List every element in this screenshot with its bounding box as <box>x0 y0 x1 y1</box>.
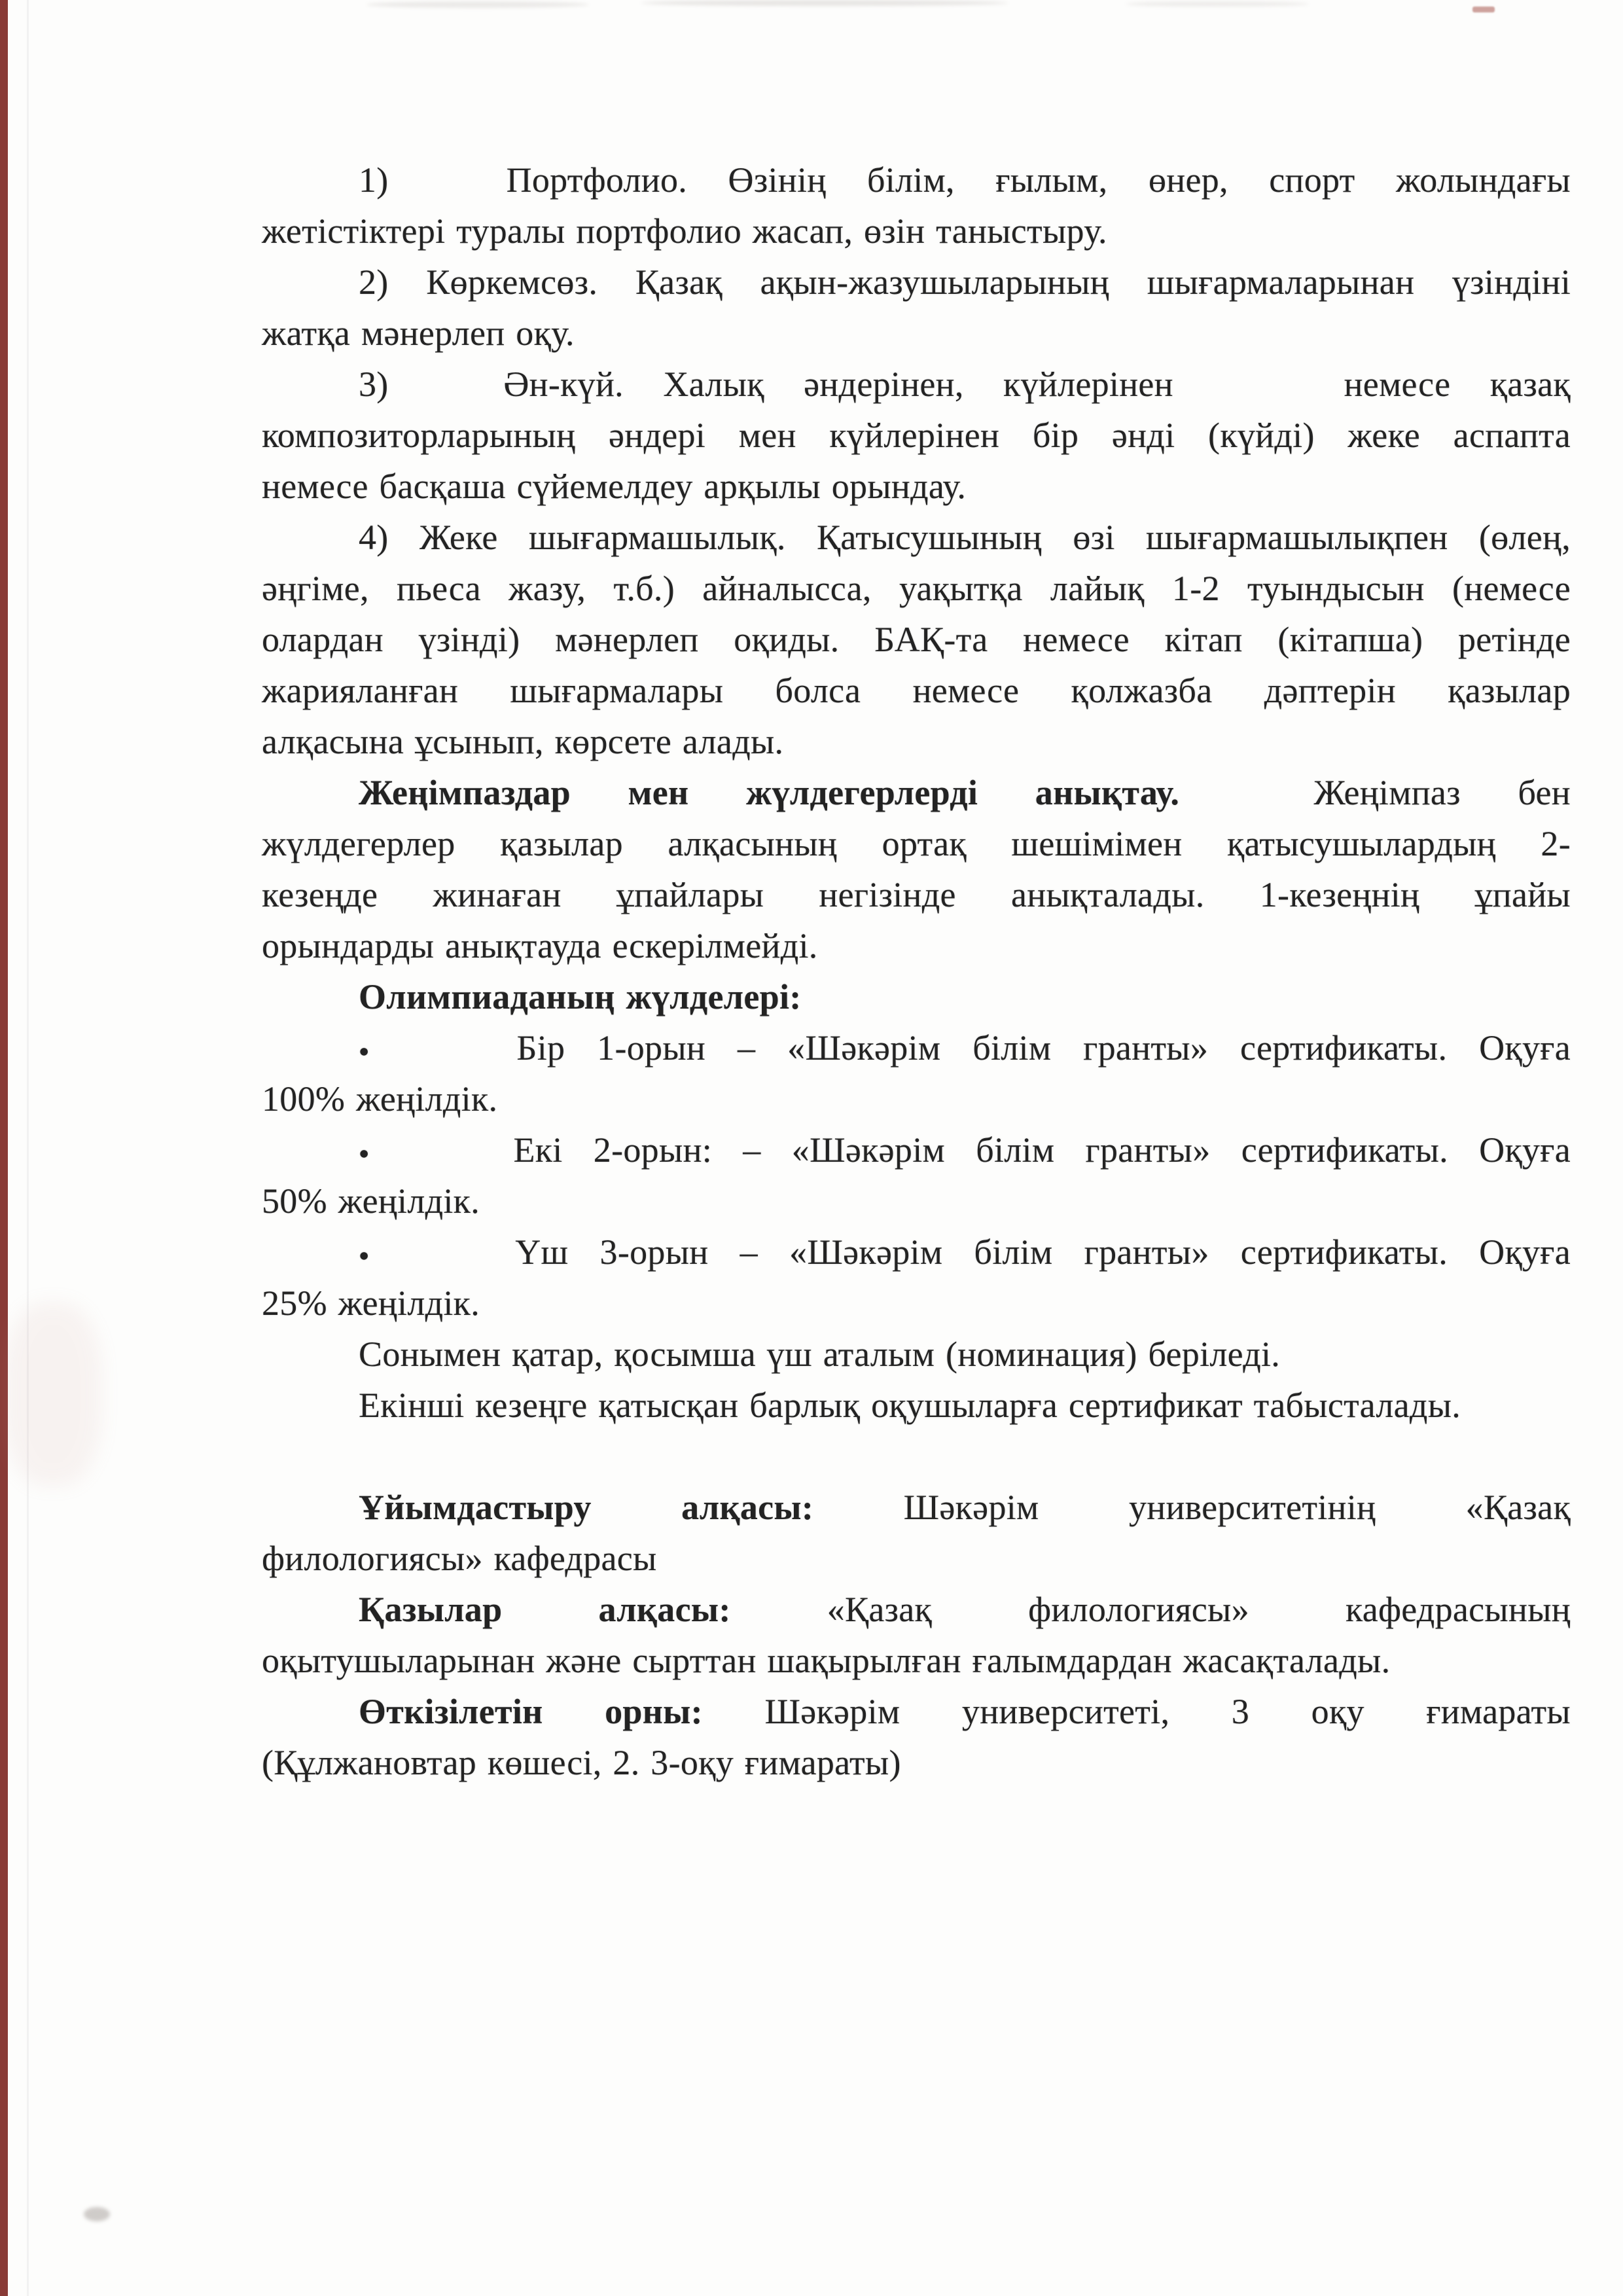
word-gap <box>429 191 465 192</box>
text-segment: 3) <box>359 365 389 404</box>
text-line: 50% жеңілдік. <box>262 1175 1571 1227</box>
text-segment: Ән-күй. Халық әндерінен, күйлерінен <box>503 365 1173 404</box>
scan-edge-stripe <box>0 0 8 2296</box>
word-gap <box>1237 804 1257 804</box>
text-line: 2) Көркемсөз. Қазақ ақын-жазушыларының ш… <box>262 257 1571 308</box>
text-line: композиторларының әндері мен күйлерінен … <box>262 410 1571 461</box>
text-line: ● Екі 2-орын: – «Шәкәрім білім гранты» с… <box>262 1124 1571 1175</box>
text-segment: Ұйымдастыру алқасы: <box>359 1488 813 1527</box>
text-line: ● Бір 1-орын – «Шәкәрім білім гранты» се… <box>262 1022 1571 1073</box>
text-segment: немесе басқаша сүйемелдеу арқылы орындау… <box>262 467 966 506</box>
scan-red-tick <box>1472 7 1495 12</box>
text-line: Олимпиаданың жүлделері: <box>262 971 1571 1022</box>
document-content: 1) Портфолио. Өзінің білім, ғылым, өнер,… <box>262 154 1571 1788</box>
text-line: жатқа мәнерлеп оқу. <box>262 308 1571 359</box>
word-gap <box>423 1059 485 1060</box>
text-segment: жүлдегерлер қазылар алқасының ортақ шеші… <box>262 824 1571 863</box>
text-segment: Сонымен қатар, қосымша үш аталым (номина… <box>359 1335 1280 1374</box>
scan-smudge <box>366 1 589 8</box>
text-segment: филологиясы» кафедрасы <box>262 1539 657 1578</box>
text-segment: композиторларының әндері мен күйлерінен … <box>262 416 1571 455</box>
text-line: филологиясы» кафедрасы <box>262 1533 1571 1584</box>
text-segment: олардан үзінді) мәнерлеп оқиды. БАҚ-та н… <box>262 620 1571 659</box>
scan-smudge <box>641 0 1008 6</box>
text-segment: (Құлжановтар көшесі, 2. 3-оқу ғимараты) <box>262 1743 901 1782</box>
text-segment: 50% жеңілдік. <box>262 1181 480 1221</box>
text-segment: Қазылар алқасы: <box>359 1590 731 1629</box>
scan-crease-line <box>27 0 29 2296</box>
text-line: (Құлжановтар көшесі, 2. 3-оқу ғимараты) <box>262 1737 1571 1788</box>
text-segment: Портфолио. Өзінің білім, ғылым, өнер, сп… <box>507 160 1571 200</box>
text-segment: Екінші кезеңге қатысқан барлық оқушыларғ… <box>359 1386 1461 1425</box>
text-line: ● Үш 3-орын – «Шәкәрім білім гранты» сер… <box>262 1227 1571 1278</box>
text-segment: Үш 3-орын – «Шәкәрім білім гранты» серти… <box>515 1232 1571 1272</box>
word-gap <box>428 395 464 396</box>
document-page: 1) Портфолио. Өзінің білім, ғылым, өнер,… <box>0 0 1623 2296</box>
text-segment: 100% жеңілдік. <box>262 1079 497 1119</box>
text-line: Ұйымдастыру алқасы: Шәкәрім университеті… <box>262 1482 1571 1533</box>
text-segment: «Қазақ филологиясы» кафедрасының <box>827 1590 1571 1629</box>
scan-pen-mark <box>84 2207 110 2221</box>
text-line: әңгіме, пьеса жазу, т.б.) айналысса, уақ… <box>262 563 1571 614</box>
text-line: Қазылар алқасы: «Қазақ филологиясы» кафе… <box>262 1584 1571 1635</box>
text-segment: жетістіктері туралы портфолио жасап, өзі… <box>262 211 1107 251</box>
text-segment: немесе қазақ <box>1344 365 1571 404</box>
text-line: 3) Ән-күй. Халық әндерінен, күйлерінен н… <box>262 359 1571 410</box>
text-line: жарияланған шығармалары болса немесе қол… <box>262 665 1571 716</box>
text-line: Екінші кезеңге қатысқан барлық оқушыларғ… <box>262 1380 1571 1431</box>
text-segment: алқасына ұсынып, көрсете алады. <box>262 722 783 761</box>
text-segment: 1) <box>359 160 389 200</box>
text-segment: әңгіме, пьеса жазу, т.б.) айналысса, уақ… <box>262 569 1571 608</box>
text-segment: Шәкәрім университеті, 3 оқу ғимараты <box>764 1692 1571 1731</box>
text-line: 1) Портфолио. Өзінің білім, ғылым, өнер,… <box>262 154 1571 206</box>
text-segment: жатқа мәнерлеп оқу. <box>262 314 575 353</box>
text-line: алқасына ұсынып, көрсете алады. <box>262 716 1571 767</box>
bullet-icon: ● <box>359 1246 390 1265</box>
text-segment: Жеңімпаздар мен жүлдегерлерді анықтау. <box>359 773 1179 812</box>
word-gap <box>1213 395 1304 396</box>
word-gap <box>420 1161 482 1162</box>
blank-line <box>262 1431 1571 1482</box>
text-segment: 4) Жеке шығармашылық. Қатысушының өзі шы… <box>359 518 1571 557</box>
text-segment: кезеңде жинаған ұпайлары негізінде анықт… <box>262 875 1571 914</box>
scan-pink-smudge <box>4 1302 102 1486</box>
scan-smudge <box>1126 1 1309 7</box>
text-segment: 25% жеңілдік. <box>262 1283 480 1323</box>
text-line: олардан үзінді) мәнерлеп оқиды. БАҚ-та н… <box>262 614 1571 665</box>
text-line: орындарды анықтауда ескерілмейді. <box>262 920 1571 971</box>
bullet-icon: ● <box>359 1143 389 1163</box>
text-line: жүлдегерлер қазылар алқасының ортақ шеші… <box>262 818 1571 869</box>
word-gap <box>421 1263 484 1264</box>
text-segment: Олимпиаданың жүлделері: <box>359 977 802 1016</box>
text-segment: оқытушыларынан және сырттан шақырылған ғ… <box>262 1641 1390 1680</box>
text-segment: орындарды анықтауда ескерілмейді. <box>262 926 818 965</box>
text-segment: Жеңімпаз бен <box>1314 773 1571 812</box>
text-segment: Шәкәрім университетінің «Қазақ <box>904 1488 1571 1527</box>
bullet-icon: ● <box>359 1041 391 1061</box>
text-line: Жеңімпаздар мен жүлдегерлерді анықтау. Ж… <box>262 767 1571 818</box>
text-line: кезеңде жинаған ұпайлары негізінде анықт… <box>262 869 1571 920</box>
text-line: оқытушыларынан және сырттан шақырылған ғ… <box>262 1635 1571 1686</box>
text-segment: жарияланған шығармалары болса немесе қол… <box>262 671 1571 710</box>
text-line: немесе басқаша сүйемелдеу арқылы орындау… <box>262 461 1571 512</box>
text-segment: Өткізілетін орны: <box>359 1692 703 1731</box>
text-line: 4) Жеке шығармашылық. Қатысушының өзі шы… <box>262 512 1571 563</box>
text-line: Өткізілетін орны: Шәкәрім университеті, … <box>262 1686 1571 1737</box>
text-line: 25% жеңілдік. <box>262 1278 1571 1329</box>
text-line: Сонымен қатар, қосымша үш аталым (номина… <box>262 1329 1571 1380</box>
text-line: 100% жеңілдік. <box>262 1073 1571 1124</box>
text-segment: 2) Көркемсөз. Қазақ ақын-жазушыларының ш… <box>359 262 1571 302</box>
text-line: жетістіктері туралы портфолио жасап, өзі… <box>262 206 1571 257</box>
text-segment: Бір 1-орын – «Шәкәрім білім гранты» серт… <box>516 1028 1571 1067</box>
text-segment: Екі 2-орын: – «Шәкәрім білім гранты» сер… <box>513 1130 1571 1170</box>
